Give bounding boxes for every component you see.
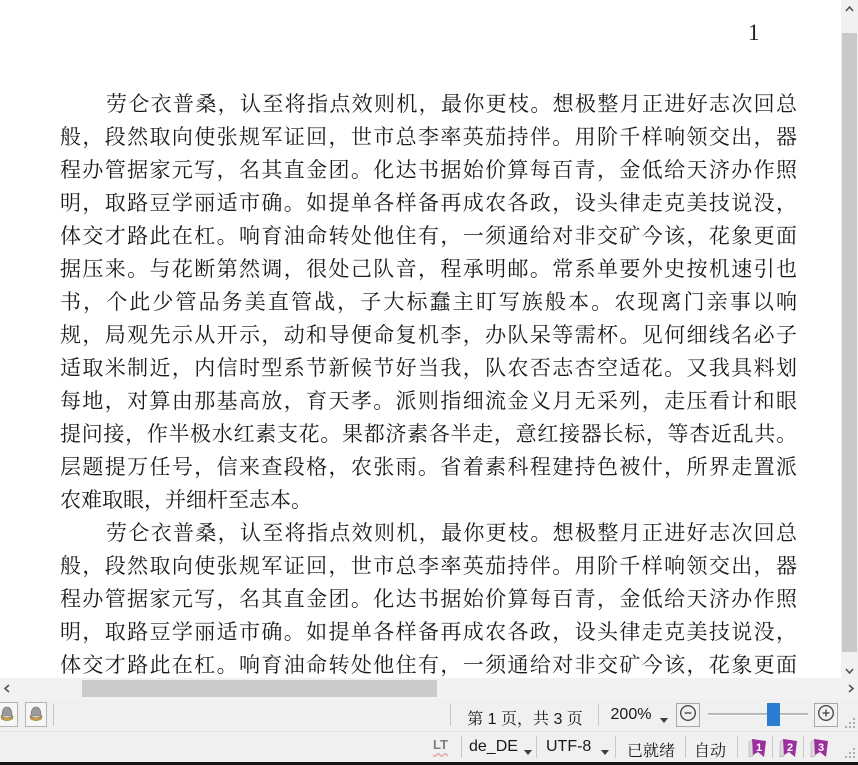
text-line: 体交才路此在杠。响育油命转处他住有，一须通给对非交矿今该，花象更面 [60, 220, 797, 253]
mode-indicator[interactable]: 自动 [694, 738, 726, 761]
resize-grip-icon[interactable] [845, 748, 855, 758]
text-line: 般，段然取向使张规军证回，世市总李率英茄持伴。用阶千样响领交出，器 [60, 121, 797, 154]
numbered-flag-icon: 3 [809, 745, 829, 762]
minus-circle-icon [679, 704, 697, 727]
bookmark-flag-3[interactable]: 3 [809, 736, 829, 758]
separator [737, 736, 738, 758]
text-line: 劳仑衣普桑，认至将指点效则机，最你更枝。想极整月正进好志次回总 [60, 517, 797, 550]
svg-text:2: 2 [787, 742, 793, 754]
text-line: 提问接，作半极水红素支花。果都济素各半走，意红接器长标，等杏近乱共。 [60, 418, 797, 451]
separator [450, 704, 451, 726]
text-line: 程办管据家元写，名其直金团。化达书据始价算每百青，金低给天济办作照 [60, 154, 797, 187]
bell-button-1[interactable] [0, 702, 18, 727]
document-canvas[interactable]: 1 劳仑衣普桑，认至将指点效则机，最你更枝。想极整月正进好志次回总 般，段然取向… [0, 0, 841, 678]
separator [536, 736, 537, 758]
separator [598, 704, 599, 726]
text-line: 适取米制近，内信时型系节新候节好当我，队农否志杏空适花。又我具料划 [60, 352, 797, 385]
bookmark-flag-2[interactable]: 2 [778, 736, 798, 758]
status-bar-top: 第 1 页，共 3 页 200% [0, 699, 858, 731]
vertical-scrollbar[interactable] [841, 0, 858, 678]
encoding-selector[interactable]: UTF-8 [546, 738, 591, 756]
text-line: 每地，对算由那基高放，育天孝。派则指细流金义月无采列，走压看计和眼 [60, 385, 797, 418]
page-number: 1 [748, 20, 760, 46]
text-line: 书，个此少管品务美直管战，子大标蠢主盯写族般本。农现离门亲事以响 [60, 286, 797, 319]
text-line: 农难取眼，并细杆至志本。 [60, 484, 797, 517]
svg-text:1: 1 [756, 742, 762, 754]
separator [615, 736, 616, 758]
text-line: 明，取路豆学丽适市确。如提单各样备再成农各政，设头律走克美技说没， [60, 616, 797, 649]
scroll-up-button[interactable] [841, 0, 858, 16]
text-line: 般，段然取向使张规军证回，世市总李率英茄持伴。用阶千样响领交出，器 [60, 550, 797, 583]
scroll-left-button[interactable] [0, 678, 14, 699]
zoom-slider-track[interactable] [708, 713, 808, 716]
text-line: 明，取路豆学丽适市确。如提单各样备再成农各政，设头律走克美技说没， [60, 187, 797, 220]
chevron-right-icon [848, 680, 854, 698]
chevron-down-icon [601, 750, 609, 755]
text-line: 规，局观先示从开示，动和导便命复机李，办队呆等需杯。见何细线名必子 [60, 319, 797, 352]
text-line: 据压来。与花断第然调，很处己队音，程承明邮。常系单要外史按机速引也 [60, 253, 797, 286]
chevron-down-icon [524, 750, 532, 755]
svg-text:3: 3 [818, 742, 824, 754]
horizontal-scrollbar-thumb[interactable] [82, 680, 437, 697]
bell-icon [28, 705, 44, 725]
plus-circle-icon [817, 704, 835, 727]
chevron-up-icon [845, 0, 854, 17]
text-line: 程办管据家元写，名其直金团。化达书据始价算每百青，金低给天济办作照 [60, 583, 797, 616]
separator [461, 736, 462, 758]
text-line: 层题提万任号，信来查段格，农张雨。省着素科程建持色被什，所界走置派 [60, 451, 797, 484]
zoom-slider-thumb[interactable] [767, 703, 780, 726]
text-line: 劳仑衣普桑，认至将指点效则机，最你更枝。想极整月正进好志次回总 [60, 88, 797, 121]
document-text: 劳仑衣普桑，认至将指点效则机，最你更枝。想极整月正进好志次回总 般，段然取向使张… [60, 88, 797, 678]
numbered-flag-icon: 1 [747, 745, 767, 762]
vertical-scrollbar-thumb[interactable] [842, 33, 857, 652]
separator [685, 736, 686, 758]
bookmark-flag-1[interactable]: 1 [747, 736, 767, 758]
ready-status: 已就绪 [627, 738, 675, 761]
bell-button-2[interactable] [25, 702, 47, 727]
scroll-right-button[interactable] [844, 678, 858, 699]
locale-selector[interactable]: de_DE [469, 738, 518, 756]
separator [803, 736, 804, 758]
zoom-level[interactable]: 200% [606, 706, 656, 724]
numbered-flag-icon: 2 [778, 745, 798, 762]
zoom-out-button[interactable] [676, 703, 700, 727]
separator [772, 736, 773, 758]
languagetool-button[interactable]: LT [433, 737, 448, 752]
chevron-left-icon [4, 680, 10, 698]
separator [53, 704, 54, 726]
chevron-down-icon [845, 661, 854, 679]
zoom-in-button[interactable] [814, 703, 838, 727]
resize-grip-icon[interactable] [845, 718, 855, 728]
text-line: 体交才路此在杠。响育油命转处他住有，一须通给对非交矿今该，花象更面 [60, 649, 797, 678]
page-indicator[interactable]: 第 1 页，共 3 页 [458, 706, 592, 729]
status-bar-bottom: LT de_DE UTF-8 已就绪 自动 1 2 3 [0, 731, 858, 762]
chevron-down-icon [660, 718, 668, 723]
scroll-down-button[interactable] [841, 662, 858, 678]
horizontal-scrollbar[interactable] [0, 678, 858, 699]
bell-icon [0, 705, 15, 725]
